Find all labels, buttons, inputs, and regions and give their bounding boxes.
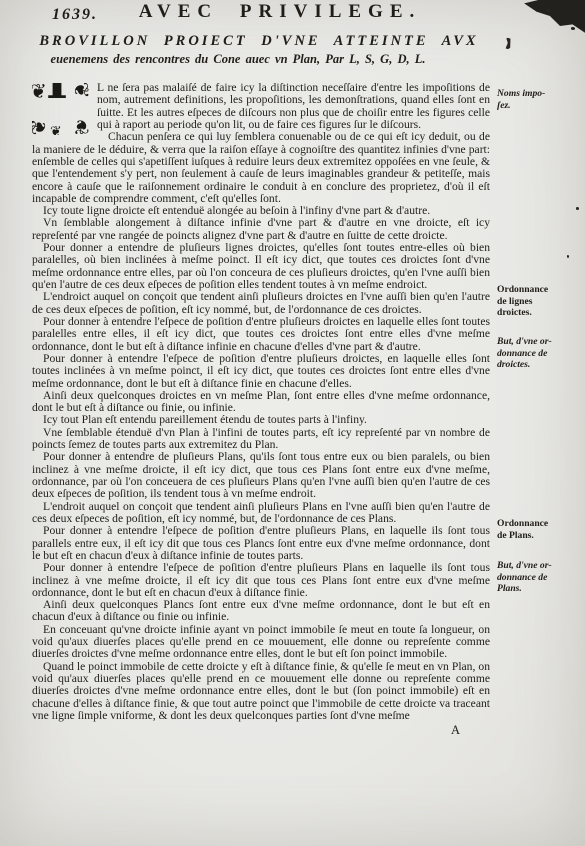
- foliage-ornament-icon: ❦: [72, 83, 90, 98]
- paragraph: Pour donner à entendre l'eſpece de poſit…: [32, 562, 490, 599]
- work-title: BROVILLON PROIECT D'VNE ATTEINTE AVX: [28, 33, 490, 50]
- ink-speck: [571, 27, 575, 30]
- ink-speck: [547, 9, 550, 12]
- drop-cap-initial: ❦ ❦ ❦ ❦ ❦ I: [32, 83, 90, 135]
- paragraph: Icy tout Plan eſt entendu pareillement é…: [32, 414, 490, 426]
- paragraph: Chacun penſera ce qui luy ſemblera conue…: [32, 131, 490, 205]
- work-subtitle: euenemens des rencontres du Cone auec vn…: [28, 52, 448, 67]
- paragraph: Vn ſemblable alongement à diſtance infin…: [32, 217, 490, 242]
- text-column: ❦ ❦ ❦ ❦ ❦ I L ne ſera pas malaiſé de fai…: [32, 82, 490, 737]
- folio-number: 1639.: [52, 6, 98, 24]
- paragraph: Pour donner à entendre l'eſpece de poſit…: [32, 316, 490, 353]
- foliage-ornament-icon: ❦: [73, 117, 90, 135]
- margin-note-but-ordonnance-droictes: But, d'vne or- donnance de droictes.: [497, 336, 583, 371]
- initial-letter: I: [46, 83, 68, 89]
- signature-mark: A: [32, 724, 490, 736]
- paragraph: L'endroict auquel on conçoit que tendent…: [32, 291, 490, 316]
- paragraph: L'endroit auquel on conçoit que tendent …: [32, 501, 490, 526]
- margin-note-ordonnance-plans: Ordonnance de Plans.: [497, 518, 583, 541]
- paragraph: Pour donner à entendre de pluſieurs Plan…: [32, 451, 490, 500]
- paragraph: Ainſi deux quelconques droictes en vn me…: [32, 390, 490, 415]
- paragraph: Vne ſemblable étenduë d'vn Plan à l'infi…: [32, 427, 490, 452]
- margin-note-ordonnance-droictes: Ordonnance de lignes droictes.: [497, 284, 583, 319]
- paragraph: En conceuant qu'vne droicte infinie ayan…: [32, 624, 490, 661]
- paragraph: Pour donner a entendre de pluſieurs lign…: [32, 242, 490, 291]
- ink-speck: [576, 207, 579, 210]
- ink-speck: [567, 255, 569, 258]
- ink-speck: [502, 37, 513, 50]
- paragraph: L ne ſera pas malaiſé de faire icy la di…: [32, 82, 490, 131]
- foliage-ornament-icon: ❦: [32, 83, 47, 101]
- margin-note-noms-imposez: Noms impo- ſez.: [497, 88, 583, 111]
- paragraph: Quand le poinct immobile de cette droict…: [32, 661, 490, 723]
- foliage-ornament-icon: ❦: [50, 125, 62, 135]
- paragraph: Pour donner à entendre l'eſpece de poſit…: [32, 353, 490, 390]
- page-corner-stain: [507, 0, 585, 42]
- running-title: AVEC PRIVILEGE.: [110, 1, 450, 23]
- book-page: 1639. AVEC PRIVILEGE. BROVILLON PROIECT …: [0, 0, 585, 846]
- paragraph: Pour donner à entendre l'eſpece de poſit…: [32, 525, 490, 562]
- foliage-ornament-icon: ❦: [32, 119, 48, 135]
- margin-note-but-ordonnance-plans: But, d'vne or- donnance de Plans.: [497, 560, 583, 595]
- paragraph: Ainſi deux quelconques Plancs ſont entre…: [32, 599, 490, 624]
